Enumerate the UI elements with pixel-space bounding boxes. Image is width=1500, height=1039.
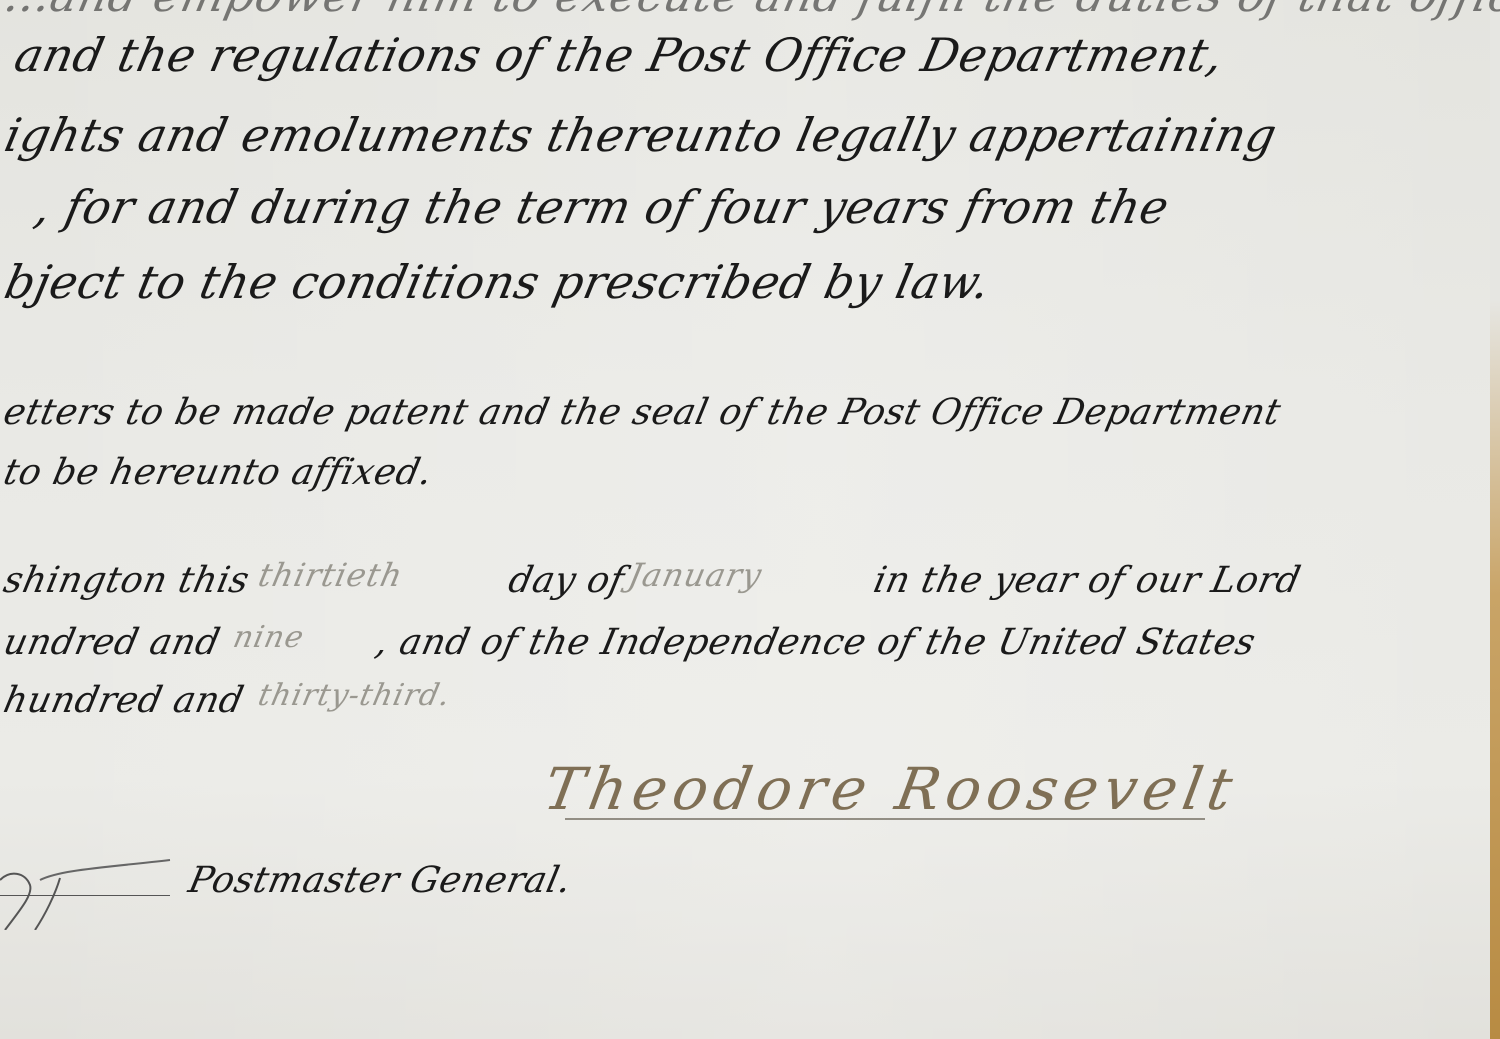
dating-day-of: day of (505, 560, 628, 601)
attestation-line-1: etters to be made patent and the seal of… (0, 392, 1284, 433)
signature-underline (565, 818, 1205, 820)
dating-independence-text: , and of the Independence of the United … (372, 622, 1259, 663)
body-line-0-partial: ...and empower him to execute and fulfil… (0, 0, 1500, 22)
president-signature: Theodore Roosevelt (539, 755, 1243, 823)
dating-day-handwritten: thirtieth (255, 556, 407, 594)
dating-year-prefix: undred and (0, 622, 224, 663)
body-line-2: ights and emoluments thereunto legally a… (0, 108, 1282, 162)
attestation-line-2: to be hereunto affixed. (0, 452, 436, 493)
body-line-3: , for and during the term of four years … (30, 180, 1174, 234)
dating-independence-handwritten: thirty-third. (255, 678, 454, 713)
body-line-1: and the regulations of the Post Office D… (10, 28, 1229, 82)
postmaster-general-title: Postmaster General. (185, 860, 575, 901)
postmaster-signature-line (0, 895, 170, 896)
dating-year-of-lord: in the year of our Lord (870, 560, 1304, 601)
dating-month-handwritten: January (625, 556, 766, 594)
dating-given-at: shington this (0, 560, 253, 601)
picture-frame-edge (1490, 300, 1500, 1039)
dating-year-handwritten: nine (230, 620, 307, 655)
dating-independence-prefix: hundred and (0, 680, 248, 721)
body-line-4: bject to the conditions prescribed by la… (0, 255, 995, 309)
postmaster-signature-flourish (0, 850, 180, 930)
